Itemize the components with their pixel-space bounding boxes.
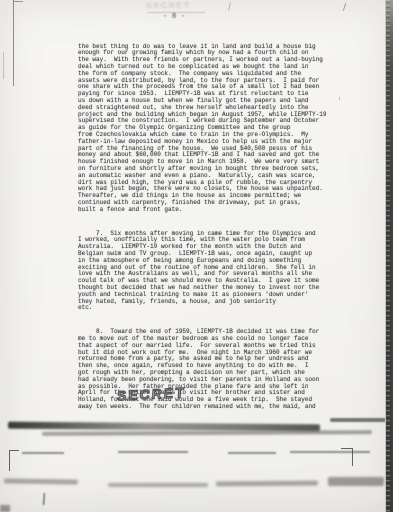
scan-tick-artifact [43, 493, 46, 505]
microfilm-edge-strip [385, 0, 393, 512]
scan-dash-artifact [228, 452, 276, 454]
paragraph-continuation: the best thing to do was to leave it in … [78, 44, 328, 214]
pen-dot-mark [339, 97, 340, 100]
scan-smear-band [4, 478, 78, 484]
scan-smear-band [330, 418, 386, 422]
scan-dash-artifact [290, 451, 370, 453]
text-line: etc. [78, 305, 328, 312]
crop-mark-right [341, 448, 353, 466]
text-line: they hated, family, friends, a house, an… [78, 299, 328, 306]
text-line: built a fence and front gate. [78, 207, 328, 214]
scan-smear-band [42, 430, 372, 436]
page-edge-tick [13, 1, 23, 2]
scan-smear-band [216, 481, 318, 487]
pen-slash-mark [343, 3, 346, 11]
text-line: away ten weeks. The four children remain… [78, 404, 328, 411]
faint-secret-stamp: SECRET [146, 1, 216, 11]
scan-corner-artifact [0, 505, 10, 512]
paragraph-8: 8. Toward the end of 1959, LIEMPTY-1B de… [78, 329, 328, 411]
scan-smear-band [328, 477, 384, 486]
scan-dash-artifact [22, 452, 64, 454]
pen-curve-mark [228, 2, 231, 11]
paragraph-7: 7. Six months after moving in came time … [78, 231, 328, 313]
page-edge-line-secondary [3, 52, 4, 79]
page-edge-line [13, 0, 14, 86]
crop-mark-left [9, 450, 19, 471]
scan-smear-band [108, 483, 208, 487]
typewritten-text-block: the best thing to do was to leave it in … [78, 30, 328, 424]
page-number: - 8 - [154, 13, 194, 21]
scanned-document-page: SECRET - 8 - the best thing to do was to… [0, 0, 393, 512]
scan-dash-artifact [118, 451, 188, 453]
